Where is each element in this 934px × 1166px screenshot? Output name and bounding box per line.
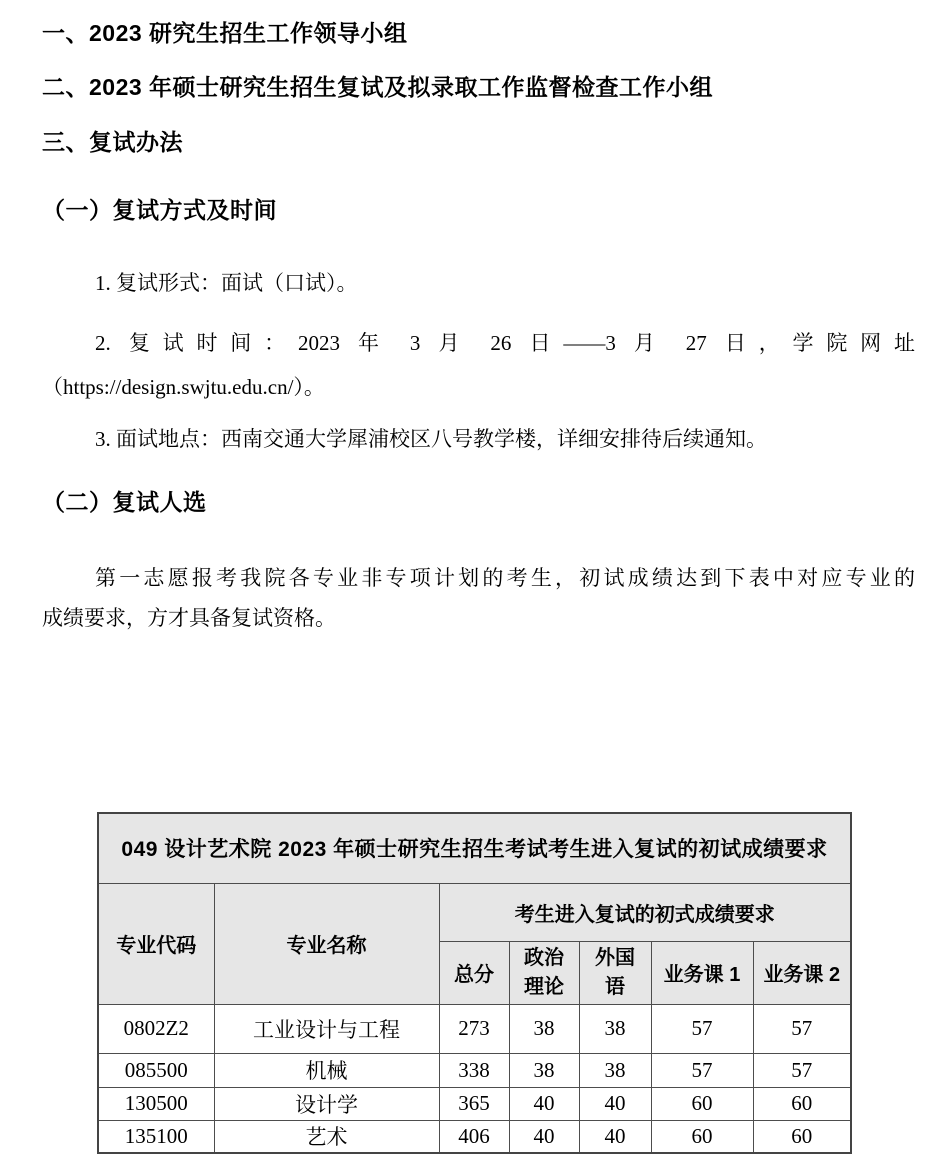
paragraph-line2: 成绩要求，方才具备复试资格。 xyxy=(42,598,915,638)
cell-total: 365 xyxy=(439,1087,509,1120)
cell-foreign: 38 xyxy=(579,1053,651,1087)
column-header-total: 总分 xyxy=(439,941,509,1004)
cell-politics: 40 xyxy=(509,1087,579,1120)
item-retest-time: 2. 复试时间：2023 年 3 月 26 日——3 月 27 日，学院网址 （… xyxy=(42,321,915,409)
cell-name: 工业设计与工程 xyxy=(214,1004,439,1053)
heading-retest-method: 三、复试办法 xyxy=(42,128,915,157)
table-row: 085500 机械 338 38 38 57 57 xyxy=(98,1053,851,1087)
item-retest-time-url: （https://design.swjtu.edu.cn/）。 xyxy=(42,365,915,409)
cell-code: 085500 xyxy=(98,1053,214,1087)
paragraph-line1: 第一志愿报考我院各专业非专项计划的考生，初试成绩达到下表中对应专业的 xyxy=(42,558,915,598)
cell-course2: 57 xyxy=(753,1004,851,1053)
cell-politics: 38 xyxy=(509,1053,579,1087)
cell-name: 机械 xyxy=(214,1053,439,1087)
cell-foreign: 38 xyxy=(579,1004,651,1053)
cell-course1: 57 xyxy=(651,1053,753,1087)
subheading-retest-candidates: （二）复试人选 xyxy=(42,488,915,517)
table-row: 0802Z2 工业设计与工程 273 38 38 57 57 xyxy=(98,1004,851,1053)
column-header-foreign: 外国 语 xyxy=(579,941,651,1004)
paragraph-candidate-requirement: 第一志愿报考我院各专业非专项计划的考生，初试成绩达到下表中对应专业的 成绩要求，… xyxy=(42,558,915,638)
document-page: 一、2023 研究生招生工作领导小组 二、2023 年硕士研究生招生复试及拟录取… xyxy=(0,0,934,1166)
column-header-course2: 业务课 2 xyxy=(753,941,851,1004)
cell-code: 130500 xyxy=(98,1087,214,1120)
cell-name: 艺术 xyxy=(214,1120,439,1153)
cell-course1: 60 xyxy=(651,1120,753,1153)
cell-code: 135100 xyxy=(98,1120,214,1153)
subheading-retest-mode-time: （一）复试方式及时间 xyxy=(42,196,915,225)
score-requirement-table: 049 设计艺术院 2023 年硕士研究生招生考试考生进入复试的初试成绩要求 专… xyxy=(97,812,850,1154)
column-header-politics: 政治 理论 xyxy=(509,941,579,1004)
heading-supervision-group: 二、2023 年硕士研究生招生复试及拟录取工作监督检查工作小组 xyxy=(42,73,915,102)
column-header-course1: 业务课 1 xyxy=(651,941,753,1004)
cell-course1: 60 xyxy=(651,1087,753,1120)
item-retest-time-line1: 2. 复试时间：2023 年 3 月 26 日——3 月 27 日，学院网址 xyxy=(42,321,915,365)
cell-total: 338 xyxy=(439,1053,509,1087)
cell-total: 273 xyxy=(439,1004,509,1053)
column-group-header: 考生进入复试的初式成绩要求 xyxy=(439,883,851,941)
table-row: 135100 艺术 406 40 40 60 60 xyxy=(98,1120,851,1153)
cell-course2: 60 xyxy=(753,1120,851,1153)
cell-foreign: 40 xyxy=(579,1120,651,1153)
cell-course1: 57 xyxy=(651,1004,753,1053)
table-row: 130500 设计学 365 40 40 60 60 xyxy=(98,1087,851,1120)
cell-code: 0802Z2 xyxy=(98,1004,214,1053)
cell-course2: 60 xyxy=(753,1087,851,1120)
item-interview-location: 3. 面试地点：西南交通大学犀浦校区八号教学楼，详细安排待后续通知。 xyxy=(42,424,915,454)
cell-politics: 38 xyxy=(509,1004,579,1053)
cell-total: 406 xyxy=(439,1120,509,1153)
cell-politics: 40 xyxy=(509,1120,579,1153)
table-title: 049 设计艺术院 2023 年硕士研究生招生考试考生进入复试的初试成绩要求 xyxy=(98,813,851,883)
cell-foreign: 40 xyxy=(579,1087,651,1120)
cell-course2: 57 xyxy=(753,1053,851,1087)
column-header-name: 专业名称 xyxy=(214,883,439,1004)
item-retest-form: 1. 复试形式：面试（口试）。 xyxy=(42,268,915,298)
column-header-code: 专业代码 xyxy=(98,883,214,1004)
cell-name: 设计学 xyxy=(214,1087,439,1120)
heading-leading-group: 一、2023 研究生招生工作领导小组 xyxy=(42,19,915,48)
